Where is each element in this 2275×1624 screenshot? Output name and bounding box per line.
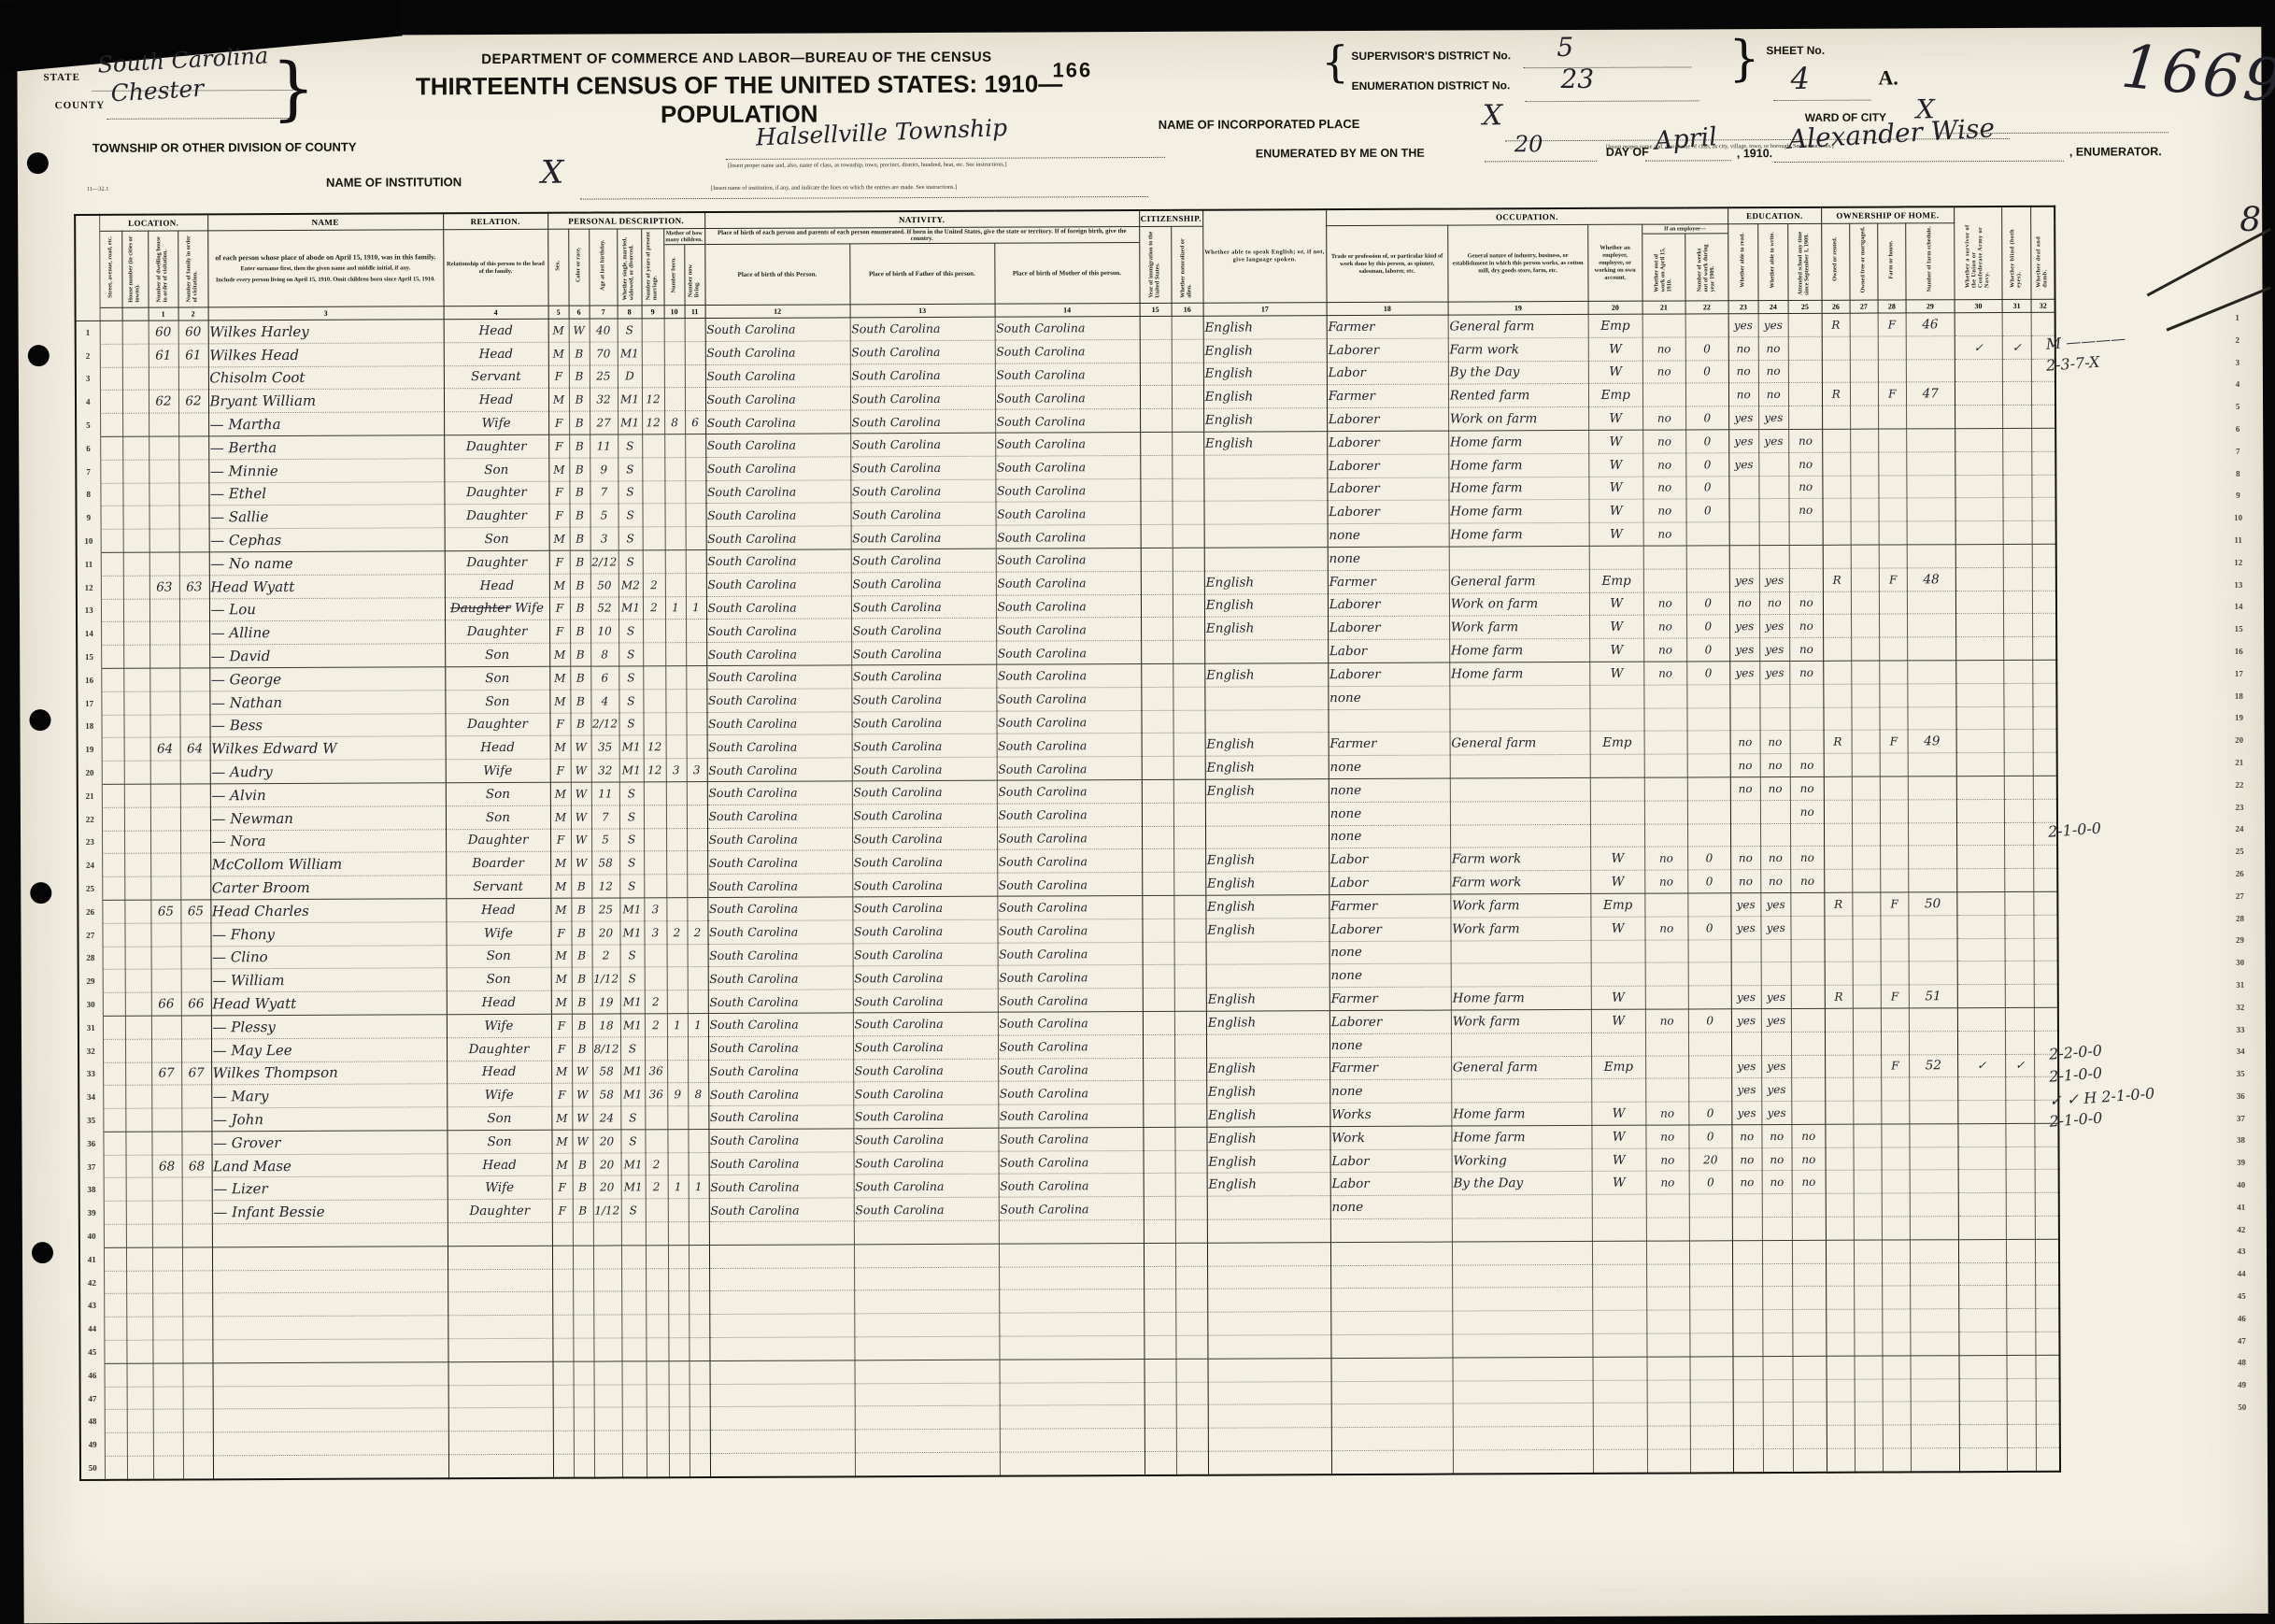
enumerated-month: April [1654, 122, 1718, 156]
cell-bm: South Carolina [997, 779, 1142, 803]
cell-st [101, 506, 123, 530]
cell-fa [179, 529, 209, 552]
cell-wr [1761, 939, 1791, 962]
cell-fs [1908, 683, 1956, 706]
cell-sc [1788, 336, 1822, 360]
cell-dw [149, 483, 178, 506]
cell-wr: yes [1761, 892, 1791, 916]
cell-cl [574, 1454, 594, 1477]
cell-ind [1451, 940, 1591, 963]
cell-hm [1825, 1032, 1853, 1055]
cell-na [1174, 1011, 1206, 1034]
line-number: 35 [78, 1108, 103, 1132]
cell-ag: 58 [592, 1083, 620, 1106]
cell-v0 [1956, 822, 2005, 846]
cell-st [101, 622, 123, 646]
cell-re: Daughter [447, 1037, 551, 1061]
cell-cl: B [570, 643, 590, 666]
cell-fm [1854, 1171, 1882, 1194]
cell-fs [1906, 336, 1955, 360]
margin-tally: 2-1-0-0 [2047, 819, 2101, 841]
cell-v2 [2036, 1378, 2060, 1402]
cell-fs [1909, 1031, 1957, 1054]
cell-dw: 62 [149, 390, 178, 413]
col-out-of-work: Whether out of work on April 15, 1910. [1642, 234, 1685, 300]
edge-line-number: 49 [2230, 1375, 2254, 1397]
cell-cl [574, 1431, 594, 1454]
cell-bm: South Carolina [996, 663, 1141, 687]
cell-ow [1646, 1287, 1689, 1310]
cell-wr [1763, 1310, 1793, 1333]
edge-line-number: 25 [2227, 841, 2252, 863]
cell-cv [689, 1152, 709, 1175]
cell-nm: — Lizer [212, 1176, 448, 1201]
cell-sc [1792, 1240, 1826, 1263]
cell-cv [685, 388, 705, 411]
cell-ow [1646, 1241, 1689, 1264]
cell-ind: Work on farm [1448, 407, 1588, 431]
cell-st [102, 923, 124, 947]
cell-yr: 12 [644, 759, 666, 782]
edge-line-number: 50 [2230, 1397, 2254, 1419]
cell-sx: M [549, 574, 570, 597]
cell-cb: 8 [664, 411, 685, 434]
cell-bm: South Carolina [996, 618, 1141, 641]
cell-cv [687, 875, 707, 898]
cell-ag: 4 [590, 690, 619, 713]
cell-en: English [1207, 1127, 1330, 1150]
cell-re: Head [444, 389, 548, 412]
cell-st [102, 876, 124, 900]
cell-bf [855, 1452, 1000, 1476]
cell-sx: M [548, 458, 569, 481]
cell-v0 [1956, 776, 2005, 799]
cell-ow: no [1643, 615, 1686, 638]
cell-fh [1880, 869, 1908, 892]
cell-bp: South Carolina [705, 387, 850, 410]
cell-tr: Farmer [1327, 384, 1448, 407]
cell-re [448, 1454, 553, 1478]
cell-wk: 0 [1688, 1009, 1731, 1033]
cell-re: Son [447, 1106, 551, 1130]
cell-yr: 12 [642, 411, 664, 434]
cell-fm [1853, 892, 1881, 916]
cell-wk [1687, 777, 1730, 801]
line-number: 22 [78, 807, 102, 831]
cell-cl: B [572, 1037, 592, 1061]
cell-v1 [2005, 984, 2034, 1007]
county-label: COUNTY [55, 100, 106, 111]
cell-bp: South Carolina [706, 665, 851, 689]
relation-description: Relationship of this person to the head … [443, 229, 547, 306]
cell-v0 [1959, 1402, 2008, 1425]
cell-wr: no [1760, 776, 1790, 800]
punch-hole [30, 882, 51, 904]
supervisor-line [1523, 66, 1691, 68]
cell-na [1172, 386, 1203, 409]
cell-cv: 1 [686, 596, 706, 620]
cell-fs [1907, 614, 1955, 637]
cell-em: W [1589, 500, 1643, 523]
edge-line-number: 40 [2229, 1175, 2254, 1197]
cell-nm: — Plessy [211, 1015, 447, 1039]
cell-fm [1853, 1077, 1881, 1101]
cell-ms: M1 [619, 898, 644, 921]
cell-ind [1453, 1449, 1593, 1474]
edge-line-number: 5 [2225, 396, 2250, 419]
cell-na [1174, 919, 1206, 942]
cell-bf [854, 1267, 999, 1290]
cell-v0 [1959, 1425, 2008, 1448]
cell-ind: Work farm [1449, 616, 1589, 639]
margin-tally: M ———— [2045, 329, 2126, 352]
cell-dw [152, 1340, 182, 1363]
cell-st [105, 1363, 127, 1387]
cell-na [1174, 1034, 1206, 1058]
cell-sc [1791, 892, 1825, 916]
margin-tally: 2-1-0-0 [2049, 1108, 2103, 1130]
cell-fm [1850, 336, 1878, 360]
cell-cv [687, 897, 707, 920]
margin-tally: ✓ ✓ H 2-1-0-0 [2049, 1084, 2155, 1109]
cell-cv: 8 [688, 1083, 708, 1106]
cell-ho [122, 413, 149, 436]
cell-v2 [2036, 1332, 2060, 1355]
cell-cb [665, 573, 686, 596]
cell-st [100, 436, 122, 460]
cell-v2 [2032, 475, 2056, 498]
cell-na [1173, 756, 1205, 779]
cell-nm: Wilkes Thompson [211, 1061, 447, 1085]
cell-fs: 46 [1906, 313, 1955, 336]
cell-bf: South Carolina [850, 387, 995, 410]
cell-nm [212, 1292, 448, 1317]
cell-st [103, 992, 125, 1016]
cell-cl: B [571, 921, 591, 945]
cell-cb [664, 434, 685, 458]
edge-line-number: 30 [2228, 952, 2253, 975]
cell-cb [664, 364, 685, 388]
cell-sx [552, 1246, 573, 1269]
cell-cv [690, 1454, 710, 1477]
cell-v0 [1957, 891, 2006, 915]
cell-cv: 3 [687, 759, 707, 782]
cell-ag: 8 [590, 643, 619, 666]
cell-cl: W [571, 782, 591, 805]
cell-wk: 0 [1689, 1171, 1732, 1194]
cell-tr: none [1329, 941, 1451, 964]
institution-label: NAME OF INSTITUTION [326, 175, 462, 190]
county-line [107, 118, 294, 120]
cell-bp [710, 1453, 855, 1477]
cell-v1 [2007, 1239, 2036, 1262]
cell-ow [1644, 708, 1687, 732]
cell-ho [127, 1363, 153, 1387]
cell-im [1145, 1429, 1176, 1452]
cell-cv [689, 1315, 709, 1338]
cell-re [448, 1361, 553, 1385]
cell-na [1175, 1243, 1207, 1266]
cell-tr [1331, 1334, 1453, 1358]
cell-im [1142, 734, 1173, 757]
cell-en: English [1206, 1057, 1329, 1080]
edge-line-number: 20 [2227, 730, 2252, 752]
cell-fh: F [1880, 730, 1908, 753]
cell-ms: S [619, 690, 643, 713]
cell-ag: 19 [592, 990, 620, 1014]
edge-line-number: 35 [2228, 1063, 2253, 1086]
cell-nm: — Nathan [209, 691, 445, 715]
cell-ho [124, 807, 150, 831]
cell-v1 [2004, 752, 2033, 776]
cell-hm [1824, 869, 1852, 892]
cell-nm: — Martha [208, 412, 444, 436]
cell-nm: — John [211, 1107, 447, 1132]
cell-nm [212, 1316, 448, 1340]
cell-en: English [1204, 570, 1328, 593]
cell-tr: Laborer [1329, 1010, 1451, 1033]
cell-tr: Laborer [1328, 500, 1449, 523]
cell-fa: 65 [180, 900, 210, 923]
state-label: STATE [43, 72, 80, 83]
cell-cb [665, 550, 686, 574]
cell-fh [1878, 406, 1906, 429]
cell-fh [1879, 452, 1907, 476]
cell-wk [1689, 1287, 1732, 1310]
cell-sx: M [551, 1106, 572, 1130]
cell-wr: yes [1758, 406, 1788, 430]
cell-ho [123, 621, 149, 645]
cell-ms: S [620, 1037, 645, 1061]
cell-ow [1647, 1357, 1690, 1380]
cell-bf: South Carolina [853, 1059, 998, 1082]
cell-ms: M1 [618, 388, 642, 411]
cell-em: W [1589, 638, 1643, 662]
cell-v1 [2005, 891, 2034, 915]
cell-wr [1762, 1287, 1792, 1310]
cell-bf: South Carolina [853, 1104, 998, 1128]
cell-wk [1690, 1333, 1733, 1357]
cell-wr [1760, 800, 1790, 823]
edge-line-number: 18 [2226, 685, 2251, 707]
cell-re [448, 1432, 553, 1455]
cell-em: W [1591, 917, 1645, 940]
cell-cl: B [570, 620, 590, 643]
cell-sx: M [548, 342, 569, 365]
cell-ag: 8/12 [592, 1037, 620, 1061]
cell-ow: no [1642, 337, 1685, 361]
cell-fm [1851, 637, 1879, 661]
cell-en [1205, 802, 1329, 825]
cell-re: Son [445, 527, 549, 550]
cell-st [102, 784, 124, 807]
cell-tr: Farmer [1327, 315, 1448, 338]
cell-bm: South Carolina [996, 641, 1141, 664]
cell-v0 [1958, 1123, 2007, 1147]
cell-ho [122, 321, 149, 344]
cell-em [1590, 685, 1644, 708]
edge-line-number: 43 [2229, 1241, 2254, 1263]
cell-fh [1879, 661, 1907, 684]
cell-v2 [2035, 1170, 2059, 1193]
cell-en [1204, 524, 1328, 548]
cell-v1: ✓ [2006, 1054, 2035, 1077]
cell-cv [688, 944, 708, 967]
cell-ind [1452, 1218, 1592, 1241]
cell-bm: South Carolina [998, 989, 1143, 1012]
cell-bp [710, 1430, 855, 1453]
cell-tr: Laborer [1329, 918, 1451, 941]
cell-em [1592, 1264, 1646, 1288]
cell-fh [1882, 1101, 1910, 1124]
cell-na [1173, 803, 1205, 826]
cell-ms: S [620, 1106, 645, 1130]
cell-en [1205, 825, 1329, 848]
cell-en: English [1203, 316, 1327, 339]
cell-cl: B [569, 342, 590, 365]
cell-fa [179, 714, 209, 737]
cell-ind: Home farm [1452, 1102, 1592, 1125]
cell-st [100, 367, 122, 391]
cell-fs [1908, 846, 1956, 869]
cell-bf [854, 1244, 999, 1267]
cell-v0 [1955, 498, 2004, 521]
cell-ind [1451, 1033, 1591, 1056]
cell-im [1143, 965, 1174, 989]
cell-bm: South Carolina [996, 594, 1141, 618]
cell-ag [593, 1338, 621, 1361]
edge-line-number: 47 [2229, 1330, 2254, 1352]
cell-v0 [1957, 1077, 2006, 1101]
cell-dw [150, 784, 180, 807]
edge-line-number: 48 [2229, 1352, 2254, 1375]
cell-dw: 64 [150, 737, 180, 761]
cell-nm: — William [211, 968, 447, 992]
cell-bm [999, 1243, 1144, 1266]
cell-ind [1450, 685, 1590, 708]
cell-fm [1854, 1217, 1882, 1240]
cell-ag: 2/12 [590, 712, 619, 735]
line-number: 28 [78, 947, 103, 970]
cell-hm [1823, 476, 1851, 499]
cell-tr [1330, 1218, 1452, 1242]
cell-wk: 0 [1686, 476, 1729, 499]
cell-fa [182, 1317, 212, 1340]
cell-fa [179, 668, 209, 691]
cell-dw [149, 715, 179, 738]
cell-sc [1793, 1332, 1827, 1356]
cell-bf: South Carolina [851, 595, 996, 619]
cell-bp: South Carolina [709, 1175, 854, 1198]
group-relation: RELATION. [443, 213, 547, 230]
group-personal: PERSONAL DESCRIPTION. [547, 212, 704, 229]
enum-district-value: 23 [1560, 64, 1594, 94]
cell-nm: — Bess [209, 713, 445, 737]
cell-hm: R [1824, 731, 1852, 754]
cell-bp: South Carolina [709, 1198, 854, 1221]
cell-fh [1883, 1332, 1911, 1356]
cell-nm: Head Wyatt [209, 575, 445, 599]
cell-wk [1688, 962, 1731, 986]
cell-bp: South Carolina [706, 595, 851, 619]
cell-cl: B [569, 504, 590, 527]
cell-bf: South Carolina [852, 850, 997, 874]
col-industry: General nature of industry, business, or… [1447, 224, 1587, 302]
cell-ag: 11 [591, 782, 619, 805]
cell-sc [1791, 1078, 1825, 1102]
cell-yr [644, 805, 666, 828]
cell-fm [1854, 1101, 1882, 1124]
cell-dw [149, 506, 178, 529]
cell-na [1173, 548, 1204, 571]
cell-ms: S [618, 480, 642, 504]
cell-dw [149, 367, 178, 391]
cell-ow [1644, 685, 1687, 708]
cell-hm [1827, 1425, 1855, 1448]
cell-re: Son [446, 782, 550, 805]
cell-em [1593, 1426, 1647, 1449]
cell-st [100, 321, 122, 344]
cell-fa [181, 1016, 211, 1039]
cell-wr: yes [1761, 1055, 1791, 1078]
cell-re: Son [445, 690, 549, 713]
cell-cv [688, 1060, 708, 1083]
col-street: Street, avenue, road, etc. [99, 231, 121, 307]
cell-dw [153, 1432, 183, 1456]
cell-v2 [2036, 1424, 2060, 1447]
punch-hole [28, 345, 50, 366]
cell-st [103, 1132, 125, 1155]
cell-re: Son [445, 666, 549, 690]
cell-em: W [1588, 406, 1642, 430]
line-number: 14 [77, 622, 101, 646]
cell-hm [1825, 939, 1853, 962]
cell-fa [178, 482, 208, 506]
line-number: 24 [78, 854, 102, 877]
cell-re: Servant [444, 365, 548, 389]
cell-v2 [2034, 1007, 2058, 1031]
cell-cb [668, 1291, 689, 1315]
cell-sx: F [548, 505, 569, 528]
cell-cl: B [569, 411, 590, 434]
cell-ind: Home farm [1449, 477, 1589, 500]
cell-fh [1880, 822, 1908, 846]
cell-em [1592, 1194, 1646, 1218]
cell-tr: Laborer [1328, 662, 1449, 686]
cell-bm: South Carolina [998, 1104, 1143, 1128]
cell-wr: yes [1762, 1102, 1792, 1125]
cell-en: English [1204, 593, 1328, 617]
cell-ag: 1/12 [592, 967, 620, 990]
cell-cl: W [571, 851, 591, 875]
col-weeks-out: Number of weeks out of work during year … [1685, 234, 1728, 300]
cell-rd: yes [1729, 568, 1759, 591]
cell-v0 [1955, 312, 2003, 335]
cell-sx: F [548, 481, 569, 505]
cell-fs [1909, 962, 1957, 985]
cell-sx: M [549, 643, 570, 666]
cell-v2 [2032, 544, 2056, 567]
cell-hm [1826, 1147, 1854, 1171]
cell-sc [1788, 383, 1822, 406]
cell-fa [181, 1108, 211, 1132]
cell-v1 [2002, 312, 2031, 335]
cell-fm [1851, 498, 1879, 521]
cell-v1 [2005, 915, 2034, 938]
cell-ms [621, 1361, 646, 1385]
cell-fh [1879, 614, 1907, 637]
cell-fh [1882, 1263, 1910, 1287]
